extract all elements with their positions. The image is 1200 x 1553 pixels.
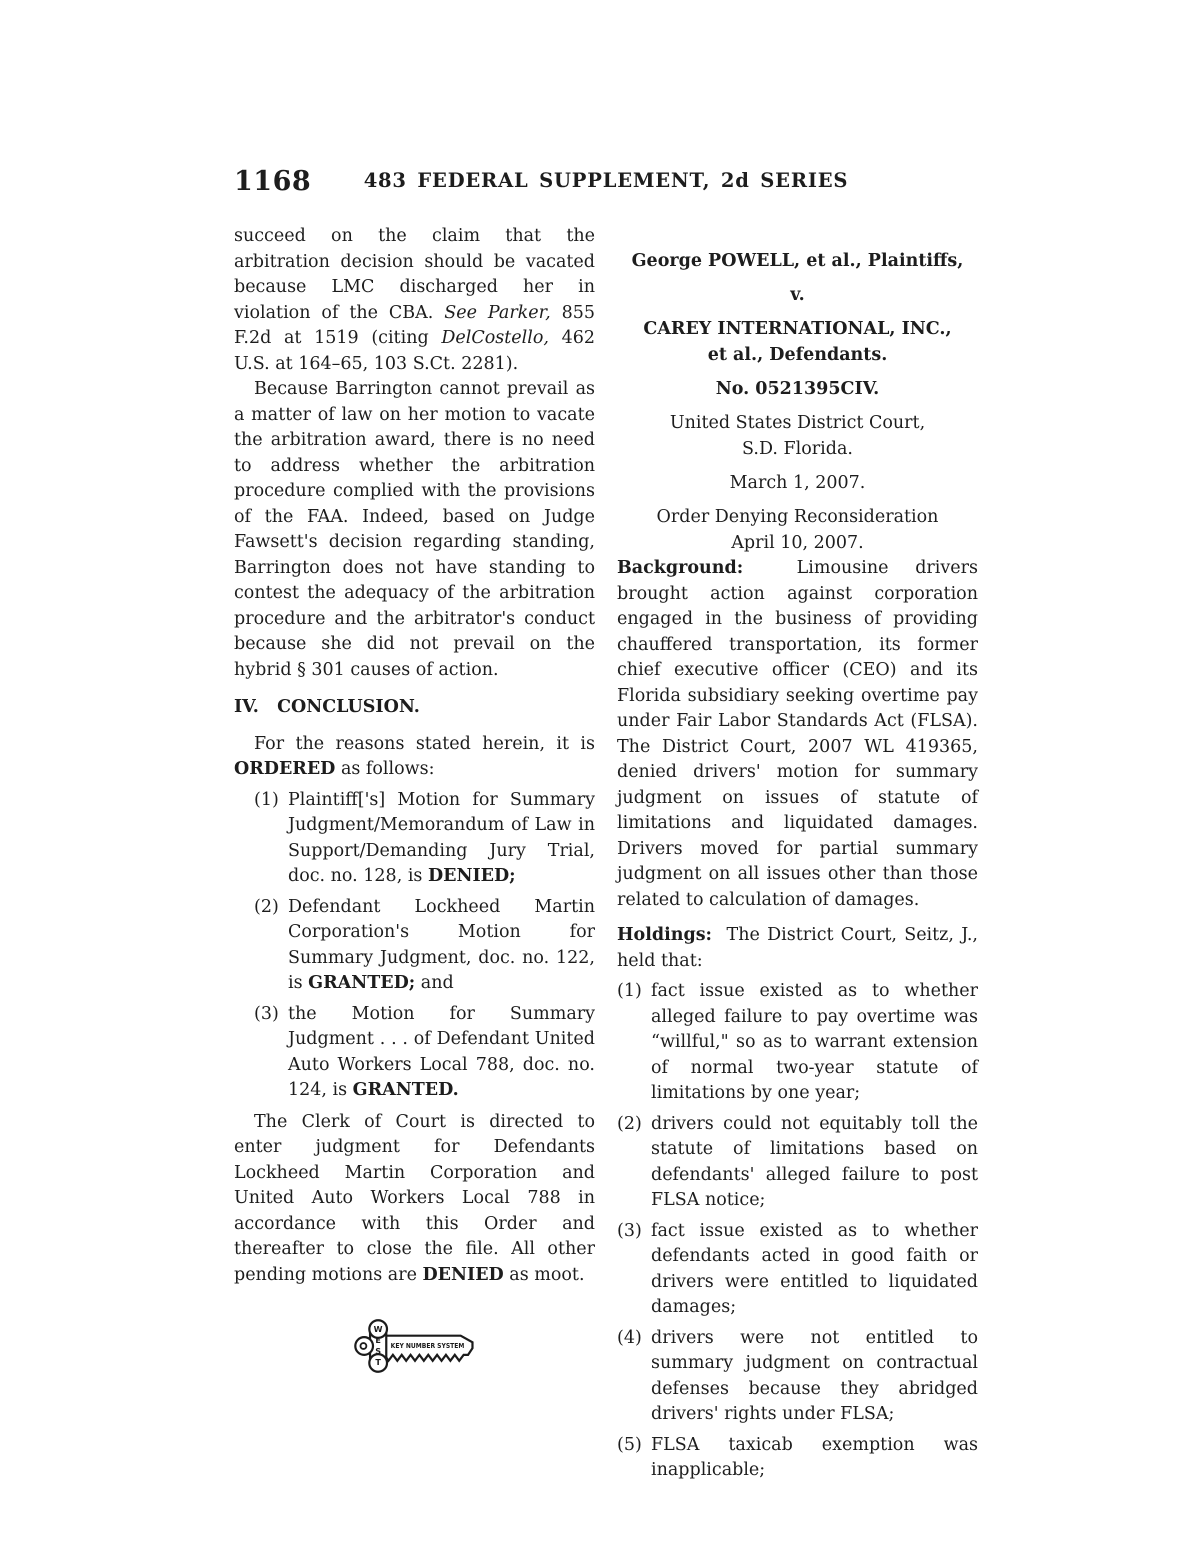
paragraph-ordered: For the reasons stated herein, it is ORD…: [234, 732, 595, 783]
running-head-title: 483 FEDERAL SUPPLEMENT, 2d SERIES: [234, 169, 978, 192]
right-column: George POWELL, et al., Plaintiffs, v. CA…: [617, 224, 978, 1489]
list-item: (2) Defendant Lockheed Martin Corporatio…: [254, 895, 595, 997]
caption-defendants-line2: et al., Defendants.: [617, 342, 978, 368]
conclusion-ordered-list: (1) Plaintiff['s] Motion for Summary Jud…: [254, 788, 595, 1104]
list-item: (1) Plaintiff['s] Motion for Summary Jud…: [254, 788, 595, 890]
list-item: (3) the Motion for Summary Judgment . . …: [254, 1002, 595, 1104]
case-caption: George POWELL, et al., Plaintiffs, v. CA…: [617, 248, 978, 556]
holding-item: (3) fact issue existed as to whether def…: [617, 1219, 978, 1321]
holding-text: fact issue existed as to whether alleged…: [651, 979, 978, 1107]
west-key-logo-container: WEST KEY NUMBER SYSTEM: [234, 1318, 595, 1383]
list-item-number: (2): [254, 895, 288, 997]
paragraph-continuation: succeed on the claim that the arbitratio…: [234, 224, 595, 377]
caption-defendants-line1: CAREY INTERNATIONAL, INC.,: [617, 316, 978, 342]
holding-item: (5) FLSA taxicab exemption was inapplica…: [617, 1433, 978, 1484]
caption-order-line1: Order Denying Reconsideration: [617, 504, 978, 530]
holding-number: (5): [617, 1433, 651, 1484]
list-item-number: (3): [254, 1002, 288, 1104]
caption-versus: v.: [617, 282, 978, 308]
holding-text: drivers were not entitled to summary jud…: [651, 1326, 978, 1428]
running-header: 1168 483 FEDERAL SUPPLEMENT, 2d SERIES: [234, 166, 978, 196]
holding-number: (4): [617, 1326, 651, 1428]
holdings-list: (1) fact issue existed as to whether all…: [617, 979, 978, 1484]
holding-number: (2): [617, 1112, 651, 1214]
holding-item: (1) fact issue existed as to whether all…: [617, 979, 978, 1107]
holdings-intro-paragraph: Holdings: The District Court, Seitz, J.,…: [617, 923, 978, 974]
paragraph-clerk-order: The Clerk of Court is directed to enter …: [234, 1110, 595, 1289]
left-column: succeed on the claim that the arbitratio…: [234, 224, 595, 1489]
holding-text: fact issue existed as to whether defenda…: [651, 1219, 978, 1321]
caption-court-line2: S.D. Florida.: [617, 436, 978, 462]
caption-order-line2: April 10, 2007.: [617, 530, 978, 556]
holding-number: (3): [617, 1219, 651, 1321]
caption-date-filed: March 1, 2007.: [617, 470, 978, 496]
background-paragraph: Background: Limousine drivers brought ac…: [617, 556, 978, 913]
section-heading-conclusion: IV. CONCLUSION.: [234, 695, 595, 721]
paragraph: Because Barrington cannot prevail as a m…: [234, 377, 595, 683]
holding-text: drivers could not equitably toll the sta…: [651, 1112, 978, 1214]
holding-item: (4) drivers were not entitled to summary…: [617, 1326, 978, 1428]
holding-number: (1): [617, 979, 651, 1107]
page-content: 1168 483 FEDERAL SUPPLEMENT, 2d SERIES s…: [234, 166, 978, 1489]
list-item-text: Plaintiff['s] Motion for Summary Judgmen…: [288, 788, 595, 890]
west-key-number-system-icon: WEST KEY NUMBER SYSTEM: [353, 1318, 477, 1374]
holding-item: (2) drivers could not equitably toll the…: [617, 1112, 978, 1214]
holding-text: FLSA taxicab exemption was inapplicable;: [651, 1433, 978, 1484]
caption-case-number: No. 0521395CIV.: [617, 376, 978, 402]
caption-plaintiffs: George POWELL, et al., Plaintiffs,: [617, 248, 978, 274]
list-item-text: Defendant Lockheed Martin Corporation's …: [288, 895, 595, 997]
key-number-system-label: KEY NUMBER SYSTEM: [390, 1341, 464, 1350]
list-item-number: (1): [254, 788, 288, 890]
list-item-text: the Motion for Summary Judgment . . . of…: [288, 1002, 595, 1104]
caption-court-line1: United States District Court,: [617, 410, 978, 436]
columns: succeed on the claim that the arbitratio…: [234, 224, 978, 1489]
reporter-page: 1168 483 FEDERAL SUPPLEMENT, 2d SERIES s…: [0, 0, 1200, 1553]
